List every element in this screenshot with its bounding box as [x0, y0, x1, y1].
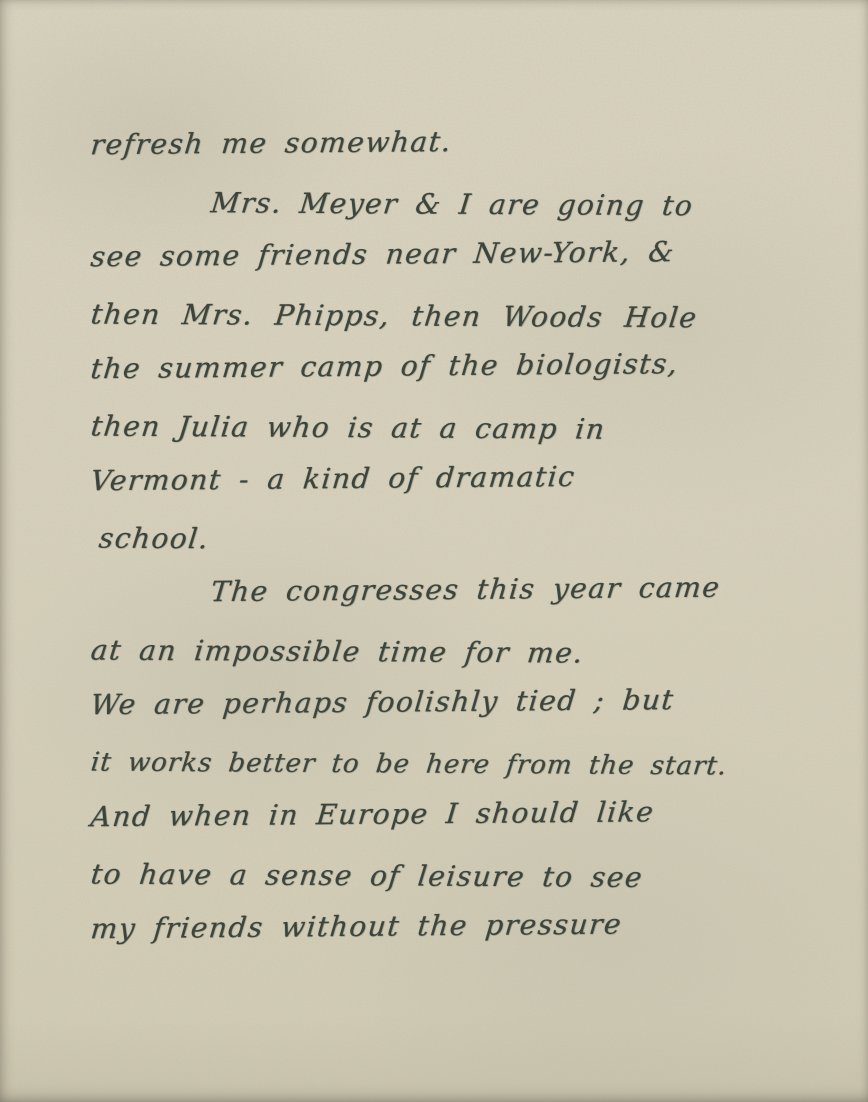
letter-line: refresh me somewhat.: [0, 110, 868, 174]
letter-line: Vermont - a kind of dramatic: [0, 446, 868, 510]
letter-body: refresh me somewhat. Mrs. Meyer & I are …: [0, 118, 868, 958]
letter-line: And when in Europe I should like: [0, 782, 868, 846]
letter-line: see some friends near New-York, &: [0, 222, 868, 286]
letter-page: refresh me somewhat. Mrs. Meyer & I are …: [0, 0, 868, 1102]
letter-line: my friends without the pressure: [0, 894, 868, 958]
letter-line: the summer camp of the biologists,: [0, 334, 868, 398]
letter-line: We are perhaps foolishly tied ; but: [0, 670, 868, 734]
letter-line: The congresses this year came: [0, 558, 868, 622]
